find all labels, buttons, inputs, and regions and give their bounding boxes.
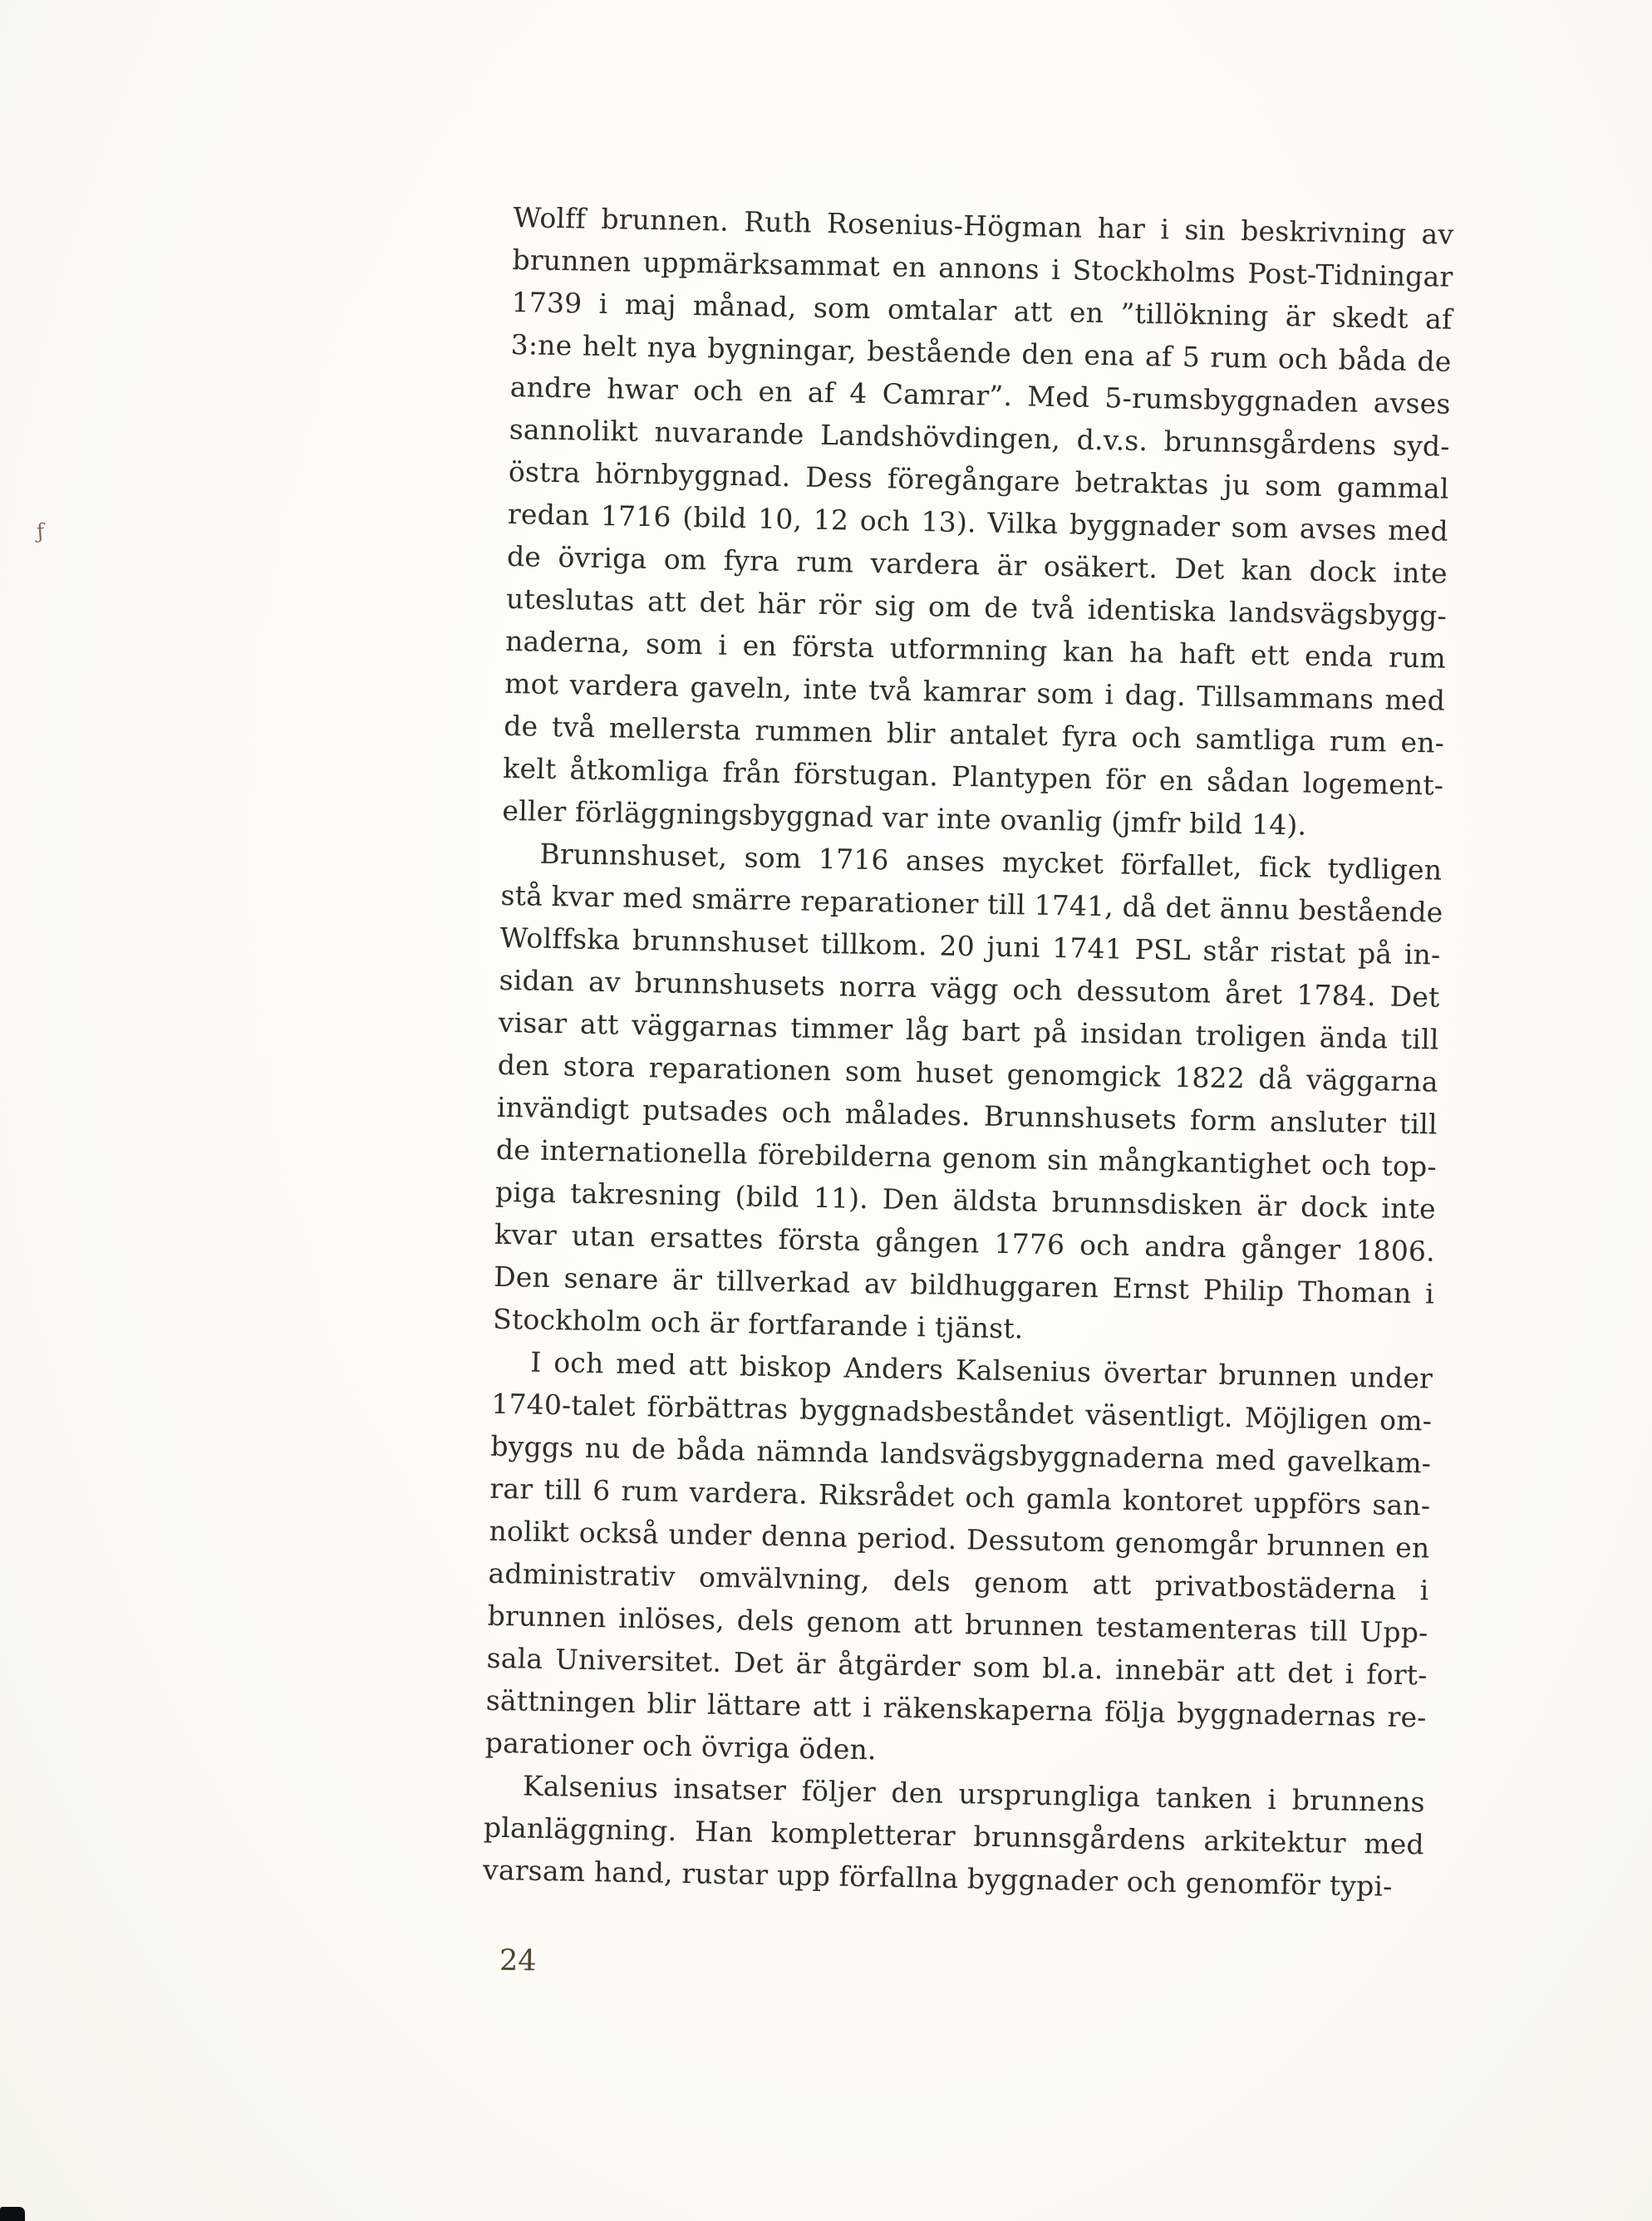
paragraph-3: I och med att biskop Anders Kalsenius öv… — [484, 1340, 1433, 1781]
paragraph-1: Wolff brunnen. Ruth Rosenius-Högman har … — [502, 196, 1454, 849]
scan-edge-artifact — [0, 2207, 25, 2221]
page-number: 24 — [499, 1944, 537, 1978]
handwritten-margin-mark: ƒ — [36, 519, 45, 544]
body-text-block: Wolff brunnen. Ruth Rosenius-Högman har … — [483, 196, 1454, 1908]
scanned-book-page: ƒ Wolff brunnen. Ruth Rosenius-Högman ha… — [0, 0, 1652, 2221]
paragraph-2: Brunnshuset, som 1716 anses mycket förfa… — [493, 832, 1443, 1358]
paragraph-4: Kalsenius insatser följer den ursprungli… — [483, 1764, 1426, 1909]
